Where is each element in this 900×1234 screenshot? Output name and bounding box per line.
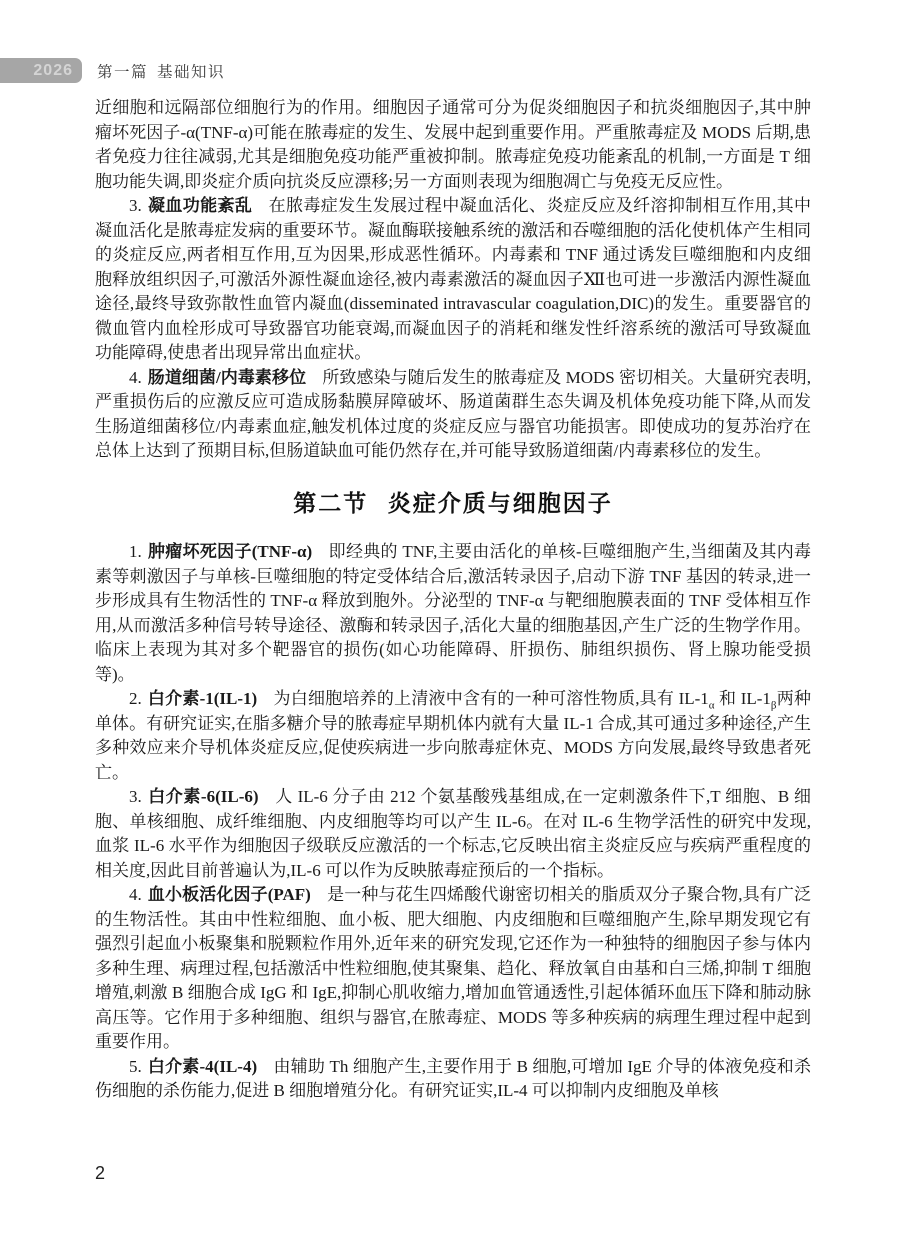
item-term: 凝血功能紊乱: [148, 196, 253, 215]
item-body: 即经典的 TNF,主要由活化的单核-巨噬细胞产生,当细菌及其内毒素等刺激因子与单…: [95, 542, 811, 684]
part-label: 第一篇: [97, 60, 148, 82]
section-label: 第二节: [293, 491, 368, 516]
paragraph-il4: 5.白介素-4(IL-4)由辅助 Th 细胞产生,主要作用于 B 细胞,可增加 …: [95, 1055, 811, 1104]
item-body-mid: 和 IL-1: [715, 689, 771, 708]
item-term-paren: (IL-1): [214, 689, 257, 708]
item-number: 1.: [129, 542, 142, 561]
item-number: 5.: [129, 1057, 142, 1076]
section-heading: 第二节炎症介质与细胞因子: [95, 492, 811, 517]
item-term-paren: (IL-6): [215, 787, 258, 806]
page-header: 2026 第一篇 基础知识: [0, 58, 900, 84]
item-term: 血小板活化因子: [148, 885, 268, 904]
item-number: 2.: [129, 689, 142, 708]
item-term: 白介素-1: [148, 689, 214, 708]
item-term-paren: (TNF-α): [252, 542, 312, 561]
item-body-pre: 为白细胞培养的上清液中含有的一种可溶性物质,具有 IL-1: [273, 689, 708, 708]
part-title: 基础知识: [157, 60, 225, 82]
item-body: 是一种与花生四烯酸代谢密切相关的脂质双分子聚合物,具有广泛的生物活性。其由中性粒…: [95, 885, 811, 1051]
item-term: 白介素-6: [148, 787, 215, 806]
page-number: 2: [95, 1163, 105, 1184]
item-number: 3.: [129, 787, 142, 806]
paragraph-il1: 2.白介素-1(IL-1)为白细胞培养的上清液中含有的一种可溶性物质,具有 IL…: [95, 687, 811, 785]
item-number: 4.: [129, 885, 142, 904]
item-term-paren: (PAF): [268, 885, 311, 904]
page-content: 近细胞和远隔部位细胞行为的作用。细胞因子通常可分为促炎细胞因子和抗炎细胞因子,其…: [95, 96, 811, 1104]
textbook-page: 2026 第一篇 基础知识 近细胞和远隔部位细胞行为的作用。细胞因子通常可分为促…: [0, 0, 900, 1234]
paragraph-tnf: 1.肿瘤坏死因子(TNF-α)即经典的 TNF,主要由活化的单核-巨噬细胞产生,…: [95, 540, 811, 687]
paragraph-continuation: 近细胞和远隔部位细胞行为的作用。细胞因子通常可分为促炎细胞因子和抗炎细胞因子,其…: [95, 96, 811, 194]
paragraph-il6: 3.白介素-6(IL-6)人 IL-6 分子由 212 个氨基酸残基组成,在一定…: [95, 785, 811, 883]
paragraph-gut-bacteria-translocation: 4.肠道细菌/内毒素移位所致感染与随后发生的脓毒症及 MODS 密切相关。大量研…: [95, 366, 811, 464]
paragraph-coagulation-disorder: 3.凝血功能紊乱在脓毒症发生发展过程中凝血活化、炎症反应及纤溶抑制相互作用,其中…: [95, 194, 811, 366]
item-term: 肿瘤坏死因子: [148, 542, 252, 561]
item-term: 白介素-4: [148, 1057, 214, 1076]
paragraph-paf: 4.血小板活化因子(PAF)是一种与花生四烯酸代谢密切相关的脂质双分子聚合物,具…: [95, 883, 811, 1055]
item-term: 肠道细菌/内毒素移位: [148, 368, 306, 387]
item-number: 4.: [129, 368, 142, 387]
item-term-paren: (IL-4): [214, 1057, 257, 1076]
edition-badge-text: 2026: [33, 62, 73, 80]
section-title: 炎症介质与细胞因子: [388, 491, 613, 516]
edition-badge: 2026: [0, 58, 82, 83]
running-head: 第一篇 基础知识: [97, 59, 225, 83]
item-number: 3.: [129, 196, 142, 215]
item-body: 在脓毒症发生发展过程中凝血活化、炎症反应及纤溶抑制相互作用,其中凝血活化是脓毒症…: [95, 196, 811, 362]
